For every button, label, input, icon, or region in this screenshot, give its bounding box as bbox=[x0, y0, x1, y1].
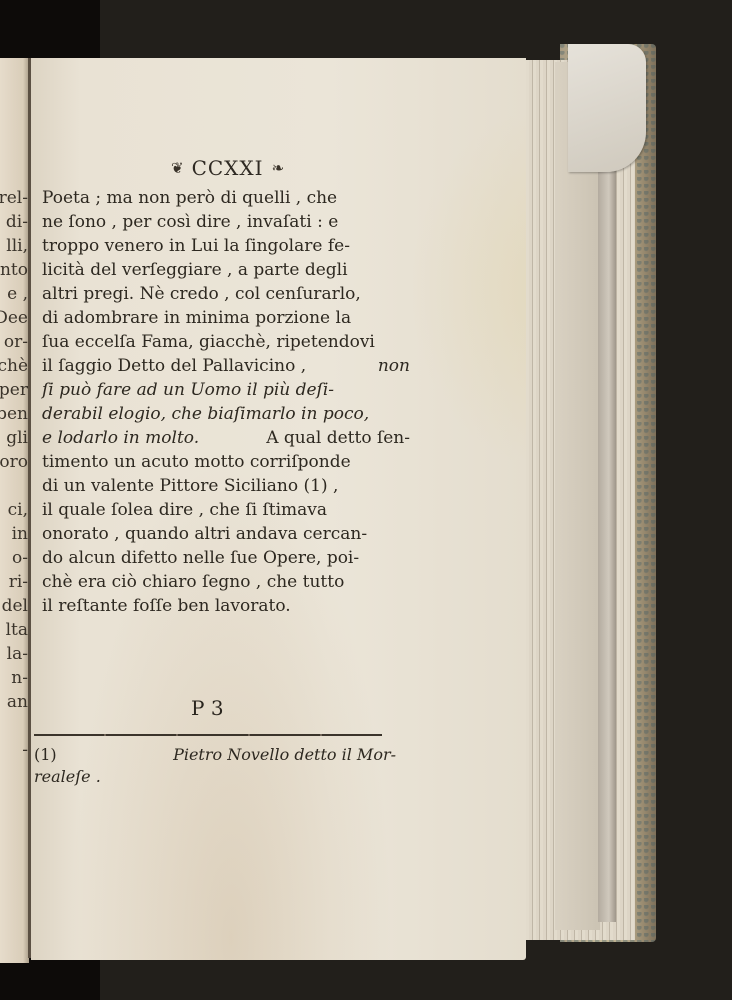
previous-page-text-fragment: ci, bbox=[8, 498, 28, 522]
previous-page-text-fragment: e , bbox=[7, 282, 28, 306]
text-line: troppo venero in Lui la ſingolare fe- bbox=[42, 234, 410, 258]
previous-page-text-fragment: rel- bbox=[0, 186, 28, 210]
text-line: il quale ſolea dire , che ſi ſtimava bbox=[42, 498, 410, 522]
text-line: altri pregi. Nè credo , col cenſurarlo, bbox=[42, 282, 410, 306]
previous-page-text-fragment: o- bbox=[12, 546, 28, 570]
body-text: Poeta ; ma non però di quelli , che ne ſ… bbox=[42, 186, 410, 618]
previous-page-text-fragment: per bbox=[0, 378, 28, 402]
previous-page-text-fragment: la- bbox=[7, 642, 28, 666]
footnote-text: Pietro Novello detto il Mor- bbox=[173, 744, 396, 766]
italic-quote-line: ſi può fare ad un Uomo il più deſi- bbox=[42, 378, 410, 402]
text-line: il reſtante foſſe ben lavorato. bbox=[42, 594, 410, 618]
page-edge-shadow bbox=[598, 62, 616, 922]
text-line: di adombrare in minima porzione la bbox=[42, 306, 410, 330]
italic-quote: non bbox=[378, 354, 410, 378]
previous-page-text-fragment: ben bbox=[0, 402, 28, 426]
running-head: ❦ CCXXI ❧ bbox=[171, 156, 341, 180]
text-line: ne ſono , per così dire , invaſati : e bbox=[42, 210, 410, 234]
previous-page-text-fragment: oro bbox=[0, 450, 28, 474]
previous-page-text-fragment: an bbox=[7, 690, 28, 714]
footnote-number: (1) bbox=[34, 744, 57, 766]
previous-page-text-fragment: chè bbox=[0, 354, 28, 378]
text-line: do alcun difetto nelle ſue Opere, poi- bbox=[42, 546, 410, 570]
italic-quote-line: derabil elogio, che biaſimarlo in poco, bbox=[42, 402, 410, 426]
previous-page-text-fragment: lta bbox=[6, 618, 28, 642]
text-line: Poeta ; ma non però di quelli , che bbox=[42, 186, 410, 210]
previous-page-text-fragment: del bbox=[2, 594, 28, 618]
text-line: e lodarlo in molto. A qual detto ſen- bbox=[42, 426, 410, 450]
previous-page-fragment: rel-di-lli,ntoe ,Deeor-chèperbenglioroci… bbox=[0, 58, 29, 963]
signature-mark: P 3 bbox=[191, 696, 224, 720]
text-line: licità del verſeggiare , a parte degli bbox=[42, 258, 410, 282]
text-line: timento un acuto motto corriſponde bbox=[42, 450, 410, 474]
text-line: il ſaggio Detto del Pallavicino , non bbox=[42, 354, 410, 378]
text-line: onorato , quando altri andava cercan- bbox=[42, 522, 410, 546]
page-edge-block bbox=[555, 62, 600, 930]
text-line: chè era ciò chiaro ſegno , che tutto bbox=[42, 570, 410, 594]
previous-page-text-fragment: lli, bbox=[6, 234, 28, 258]
page-numeral: CCXXI bbox=[192, 156, 264, 180]
previous-page-text-fragment: gli bbox=[6, 426, 28, 450]
torn-endpaper-flap bbox=[568, 44, 646, 172]
footnote: (1) Pietro Novello detto il Mor- realeſe… bbox=[34, 744, 396, 788]
fleuron-left-icon: ❦ bbox=[171, 159, 184, 177]
previous-page-text-fragment: Dee bbox=[0, 306, 28, 330]
footnote-rule bbox=[34, 734, 382, 736]
previous-page-text-fragment: ri- bbox=[9, 570, 28, 594]
previous-page-text-fragment: in bbox=[12, 522, 28, 546]
book-page: ❦ CCXXI ❧ Poeta ; ma non però di quelli … bbox=[31, 58, 526, 960]
fleuron-right-icon: ❧ bbox=[272, 159, 285, 177]
text-line: ſua eccelſa Fama, giacchè, ripetendovi bbox=[42, 330, 410, 354]
previous-page-text-fragment: di- bbox=[6, 210, 28, 234]
text-line: di un valente Pittore Siciliano (1) , bbox=[42, 474, 410, 498]
previous-page-text-fragment: nto bbox=[0, 258, 28, 282]
footnote-text-cont: realeſe . bbox=[34, 766, 396, 788]
previous-page-text-fragment: or- bbox=[4, 330, 28, 354]
previous-page-text-fragment: n- bbox=[11, 666, 28, 690]
